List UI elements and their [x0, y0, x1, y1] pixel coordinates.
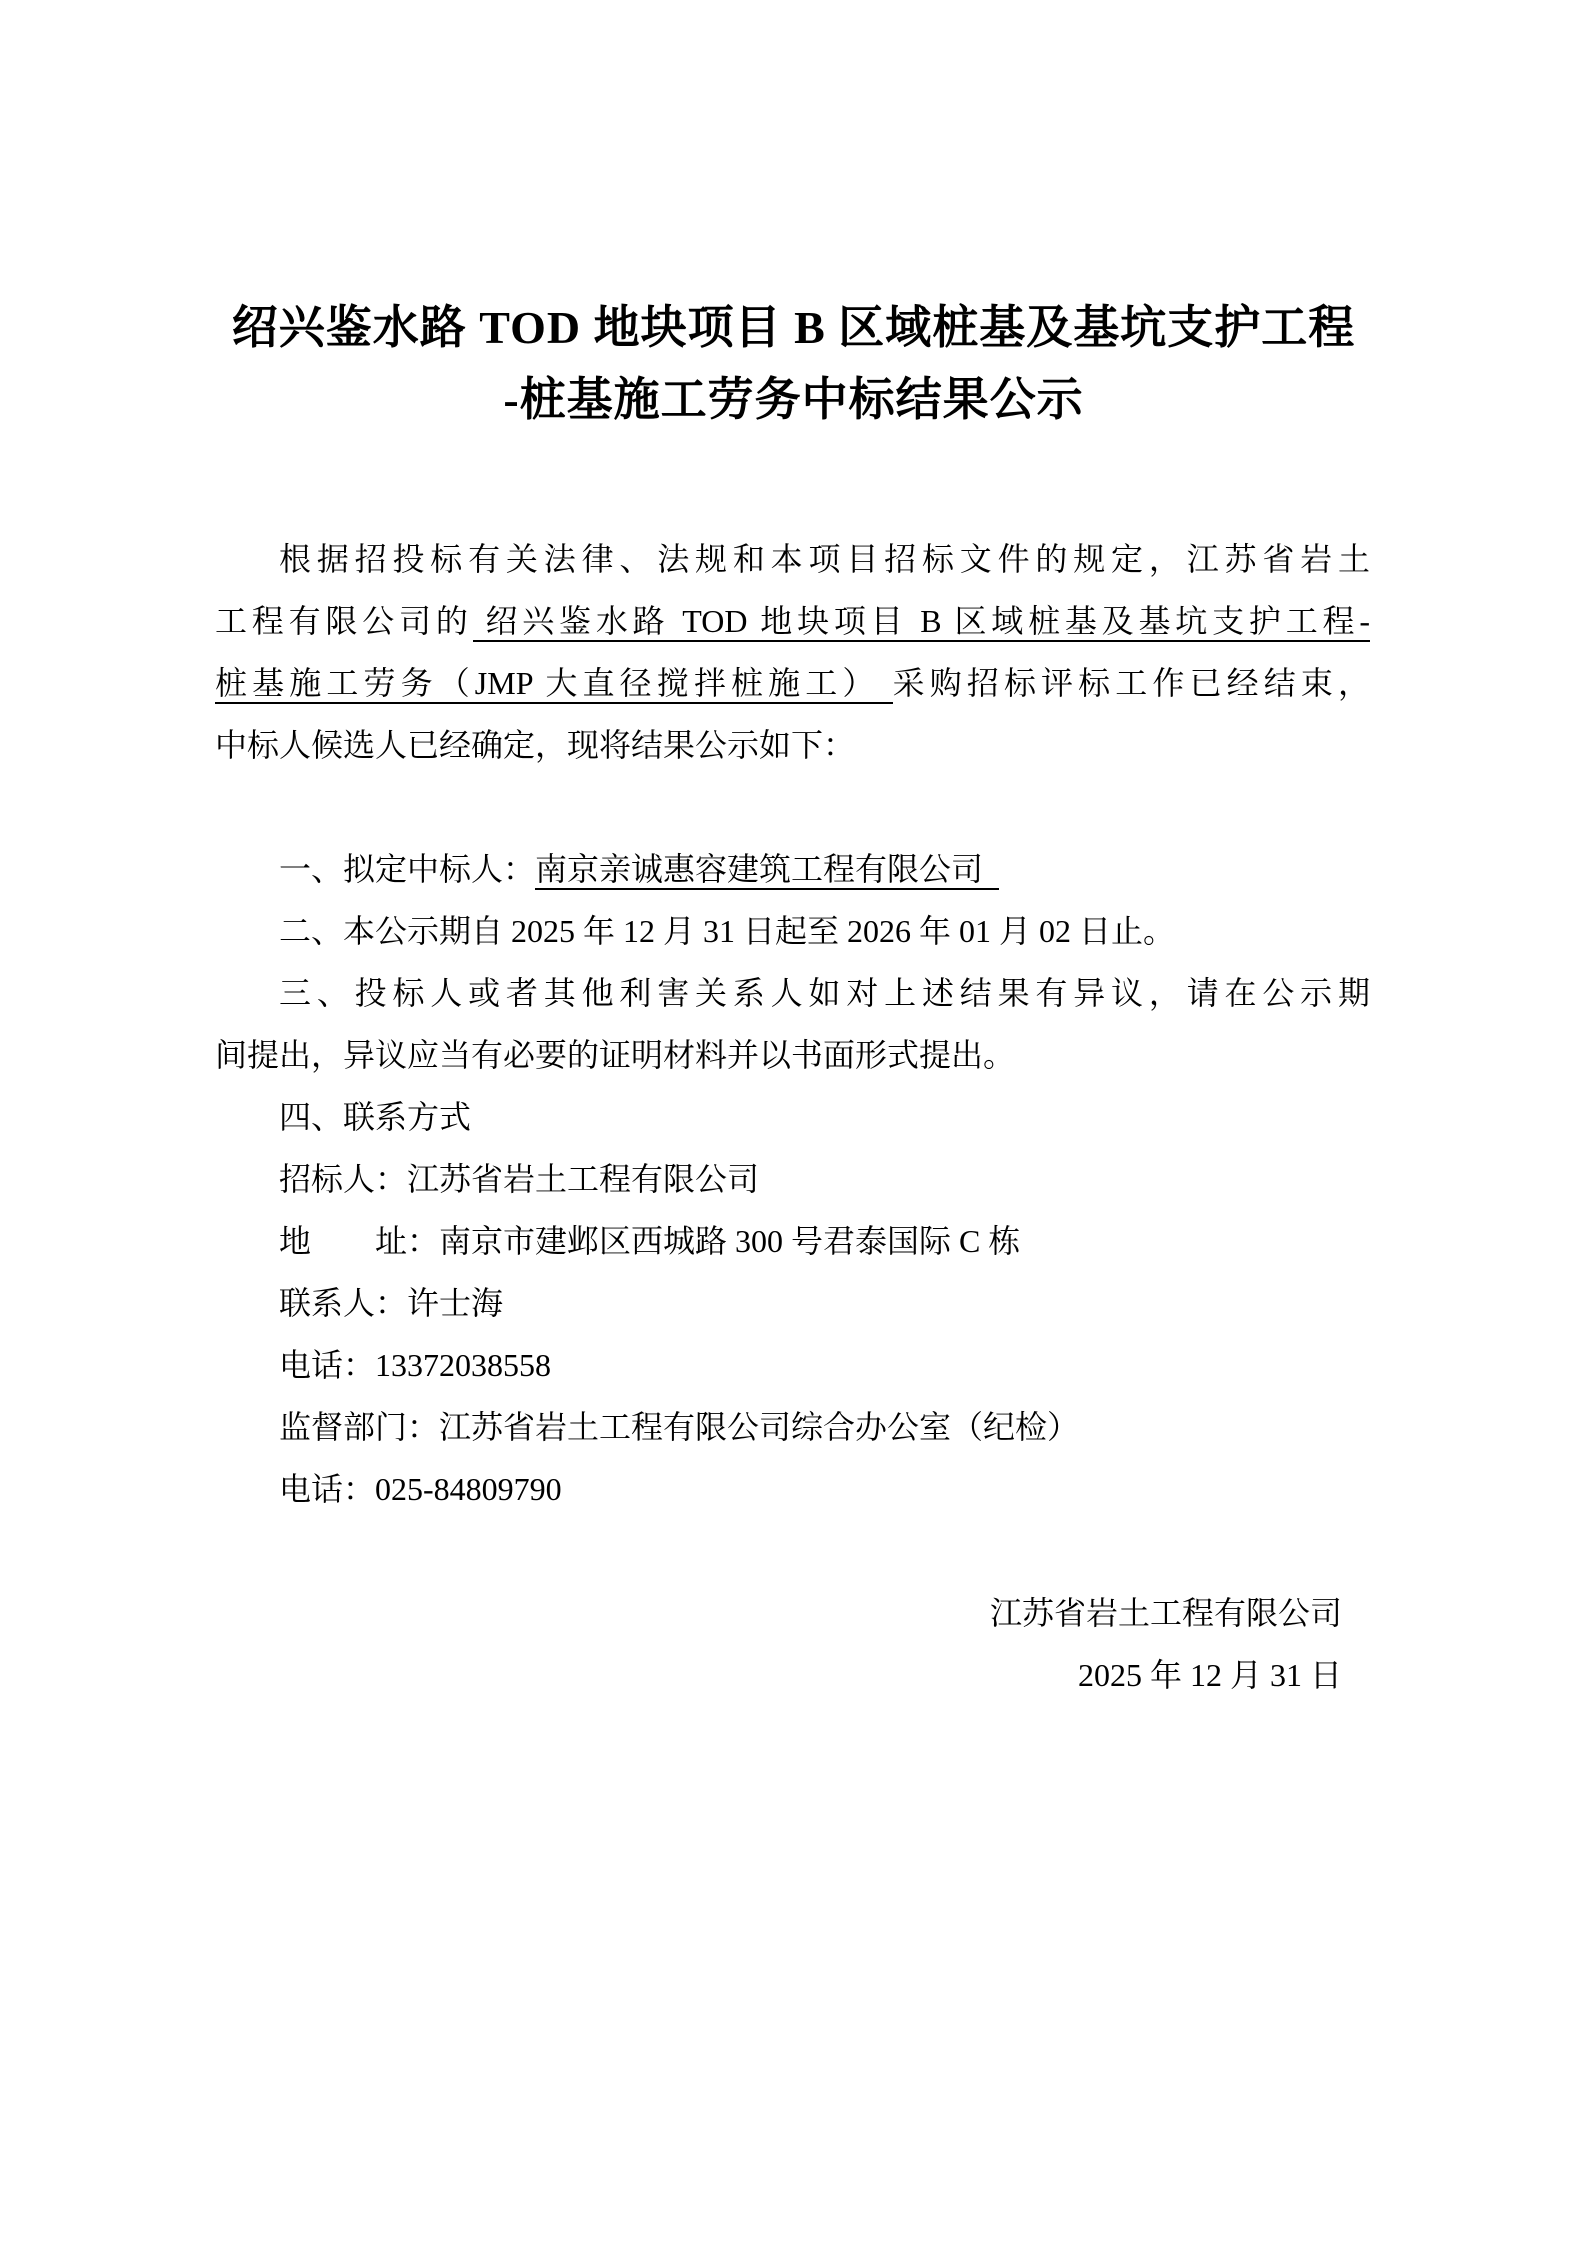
document-page: 绍兴鉴水路 TOD 地块项目 B 区域桩基及基坑支护工程 -桩基施工劳务中标结果…: [0, 0, 1587, 2245]
contact-supervision-phone: 电话：025-84809790: [215, 1458, 1370, 1520]
intro-line-4: 中标人候选人已经确定，现将结果公示如下：: [215, 714, 1370, 776]
item-publicity-period: 二、本公示期自 2025 年 12 月 31 日起至 2026 年 01 月 0…: [215, 900, 1370, 962]
intro-line-3: 桩基施工劳务（JMP 大直径搅拌桩施工） 采购招标评标工作已经结束，: [215, 652, 1370, 714]
project-name-underline: 绍兴鉴水路 TOD 地块项目 B 区域桩基及基坑支护工程-: [473, 603, 1370, 642]
intro-line-2: 工程有限公司的 绍兴鉴水路 TOD 地块项目 B 区域桩基及基坑支护工程-: [215, 590, 1370, 652]
intro-line-1: 根据招投标有关法律、法规和本项目招标文件的规定，江苏省岩土: [215, 528, 1370, 590]
contact-phone: 电话：13372038558: [215, 1334, 1370, 1396]
document-body: 根据招投标有关法律、法规和本项目招标文件的规定，江苏省岩土 工程有限公司的 绍兴…: [215, 528, 1370, 1706]
intro-line-3-text: 采购招标评标工作已经结束，: [893, 665, 1370, 701]
item-proposed-winner: 一、拟定中标人：南京亲诚惠容建筑工程有限公司: [215, 838, 1370, 900]
item-contact-heading: 四、联系方式: [215, 1086, 1370, 1148]
signature-date: 2025 年 12 月 31 日: [215, 1644, 1370, 1706]
document-title: 绍兴鉴水路 TOD 地块项目 B 区域桩基及基坑支护工程 -桩基施工劳务中标结果…: [0, 0, 1587, 436]
intro-line-2-text: 工程有限公司的: [215, 603, 473, 639]
title-line-1: 绍兴鉴水路 TOD 地块项目 B 区域桩基及基坑支护工程: [0, 292, 1587, 364]
winner-name-underline: 南京亲诚惠容建筑工程有限公司: [535, 851, 999, 890]
contact-person: 联系人：许士海: [215, 1272, 1370, 1334]
title-line-2: -桩基施工劳务中标结果公示: [0, 364, 1587, 436]
item-objection-line-2: 间提出，异议应当有必要的证明材料并以书面形式提出。: [215, 1024, 1370, 1086]
blank-line: [215, 776, 1370, 838]
package-name-underline: 桩基施工劳务（JMP 大直径搅拌桩施工）: [215, 665, 893, 704]
blank-line: [215, 1520, 1370, 1582]
item-proposed-winner-label: 一、拟定中标人：: [279, 851, 535, 887]
signature-company: 江苏省岩土工程有限公司: [215, 1582, 1370, 1644]
contact-supervision-dept: 监督部门：江苏省岩土工程有限公司综合办公室（纪检）: [215, 1396, 1370, 1458]
item-objection-line-1: 三、投标人或者其他利害关系人如对上述结果有异议，请在公示期: [215, 962, 1370, 1024]
contact-address: 地 址：南京市建邺区西城路 300 号君泰国际 C 栋: [215, 1210, 1370, 1272]
contact-tenderer: 招标人：江苏省岩土工程有限公司: [215, 1148, 1370, 1210]
